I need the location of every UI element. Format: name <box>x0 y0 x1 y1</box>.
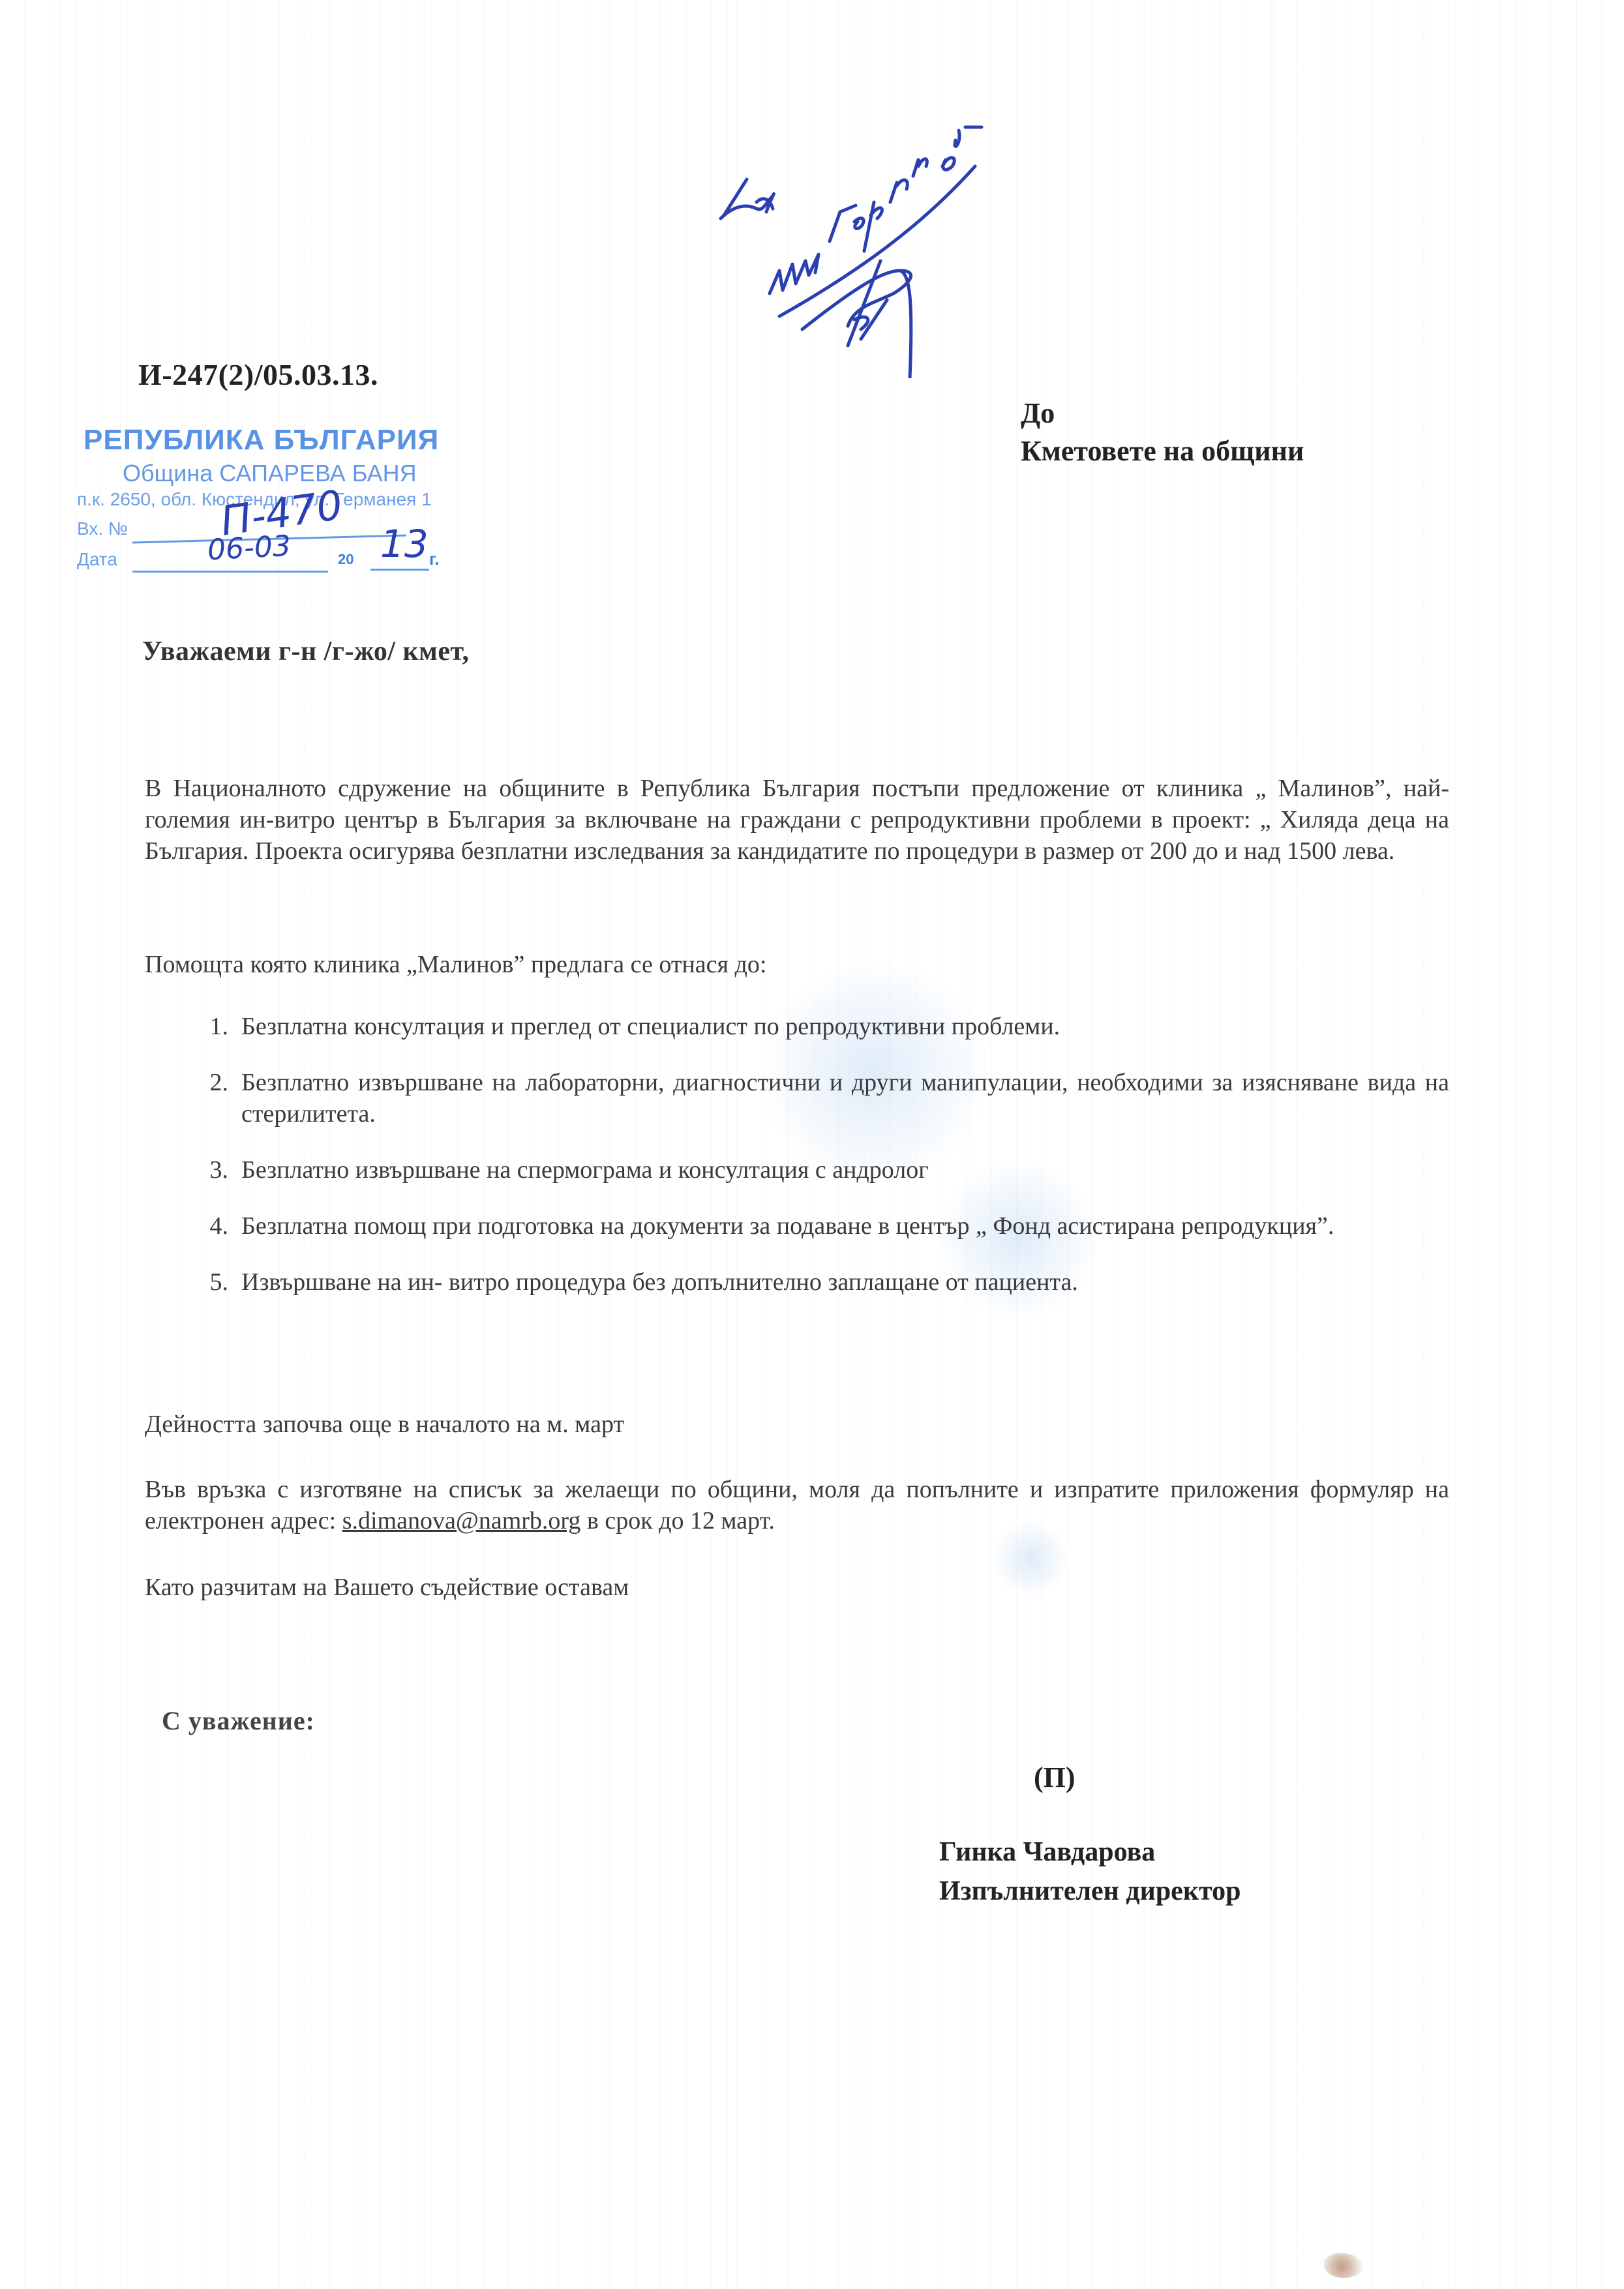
list-item: 3. Безплатно извършване на спермограма и… <box>189 1154 1449 1186</box>
handwritten-date: 06-03 <box>207 530 292 567</box>
stamp-date-label: Дата <box>77 549 117 570</box>
closing: С уважение: <box>162 1705 315 1736</box>
list-item: 2. Безплатно извършване на лабораторни, … <box>189 1067 1449 1130</box>
signed-mark: (П) <box>1034 1761 1075 1794</box>
paragraph-help-intro: Помощта която клиника „Малинов” предлага… <box>145 949 1449 980</box>
email-link[interactable]: s.dimanova@namrb.org <box>342 1507 581 1534</box>
stamp-line <box>370 569 429 571</box>
reference-number: И-247(2)/05.03.13. <box>138 357 378 392</box>
list-item-text: Безплатно извършване на спермограма и ко… <box>241 1156 929 1184</box>
list-item-number: 5. <box>189 1266 228 1298</box>
handwritten-resolution <box>685 104 1272 378</box>
paragraph-request: Във връзка с изготвяне на списък за жела… <box>145 1474 1449 1536</box>
signatory-name: Гинка Чавдарова <box>939 1833 1241 1872</box>
stamp-incoming-label: Вх. № <box>77 518 128 539</box>
list-item-number: 2. <box>189 1067 228 1098</box>
addressee-recipients: Кметовете на общини <box>1021 432 1304 470</box>
stamp-year-prefix: 20 <box>338 551 353 568</box>
registry-stamp: РЕПУБЛИКА БЪЛГАРИЯ Община САПАРЕВА БАНЯ … <box>77 424 449 580</box>
services-list: 1. Безплатна консултация и преглед от сп… <box>189 1011 1449 1323</box>
list-item-number: 4. <box>189 1210 228 1242</box>
list-item: 1. Безплатна консултация и преглед от сп… <box>189 1011 1449 1042</box>
stamp-year-suffix: г. <box>429 549 439 569</box>
paper-smudge <box>1324 2253 1363 2278</box>
list-item-text: Безплатна консултация и преглед от специ… <box>241 1013 1060 1040</box>
stamp-municipality: Община САПАРЕВА БАНЯ <box>123 460 417 487</box>
signatory-block: Гинка Чавдарова Изпълнителен директор <box>939 1833 1241 1911</box>
list-item-number: 3. <box>189 1154 228 1186</box>
request-text: Във връзка с изготвяне на списък за жела… <box>145 1476 1449 1534</box>
list-item: 4. Безплатна помощ при подготовка на док… <box>189 1210 1449 1242</box>
handwritten-year: 13 <box>380 522 429 566</box>
salutation: Уважаеми г-н /г-жо/ кмет, <box>142 636 469 667</box>
stamp-line <box>132 571 328 573</box>
signatory-title: Изпълнителен директор <box>939 1872 1241 1911</box>
list-item-number: 1. <box>189 1011 228 1042</box>
list-item: 5. Извършване на ин- витро процедура без… <box>189 1266 1449 1298</box>
list-item-text: Безплатна помощ при подготовка на докуме… <box>241 1212 1334 1240</box>
addressee-to: До <box>1021 395 1304 432</box>
request-deadline: в срок до 12 март. <box>580 1507 775 1534</box>
list-item-text: Извършване на ин- витро процедура без до… <box>241 1268 1078 1296</box>
paragraph-intro: В Националното сдружение на общините в Р… <box>145 773 1449 867</box>
stamp-country: РЕПУБЛИКА БЪЛГАРИЯ <box>83 424 439 456</box>
paragraph-start-date: Дейността започва още в началото на м. м… <box>145 1409 1449 1440</box>
list-item-text: Безплатно извършване на лабораторни, диа… <box>241 1069 1449 1128</box>
addressee-block: До Кметовете на общини <box>1021 395 1304 470</box>
paragraph-closing-remark: Като разчитам на Вашето съдействие остав… <box>145 1572 1449 1603</box>
